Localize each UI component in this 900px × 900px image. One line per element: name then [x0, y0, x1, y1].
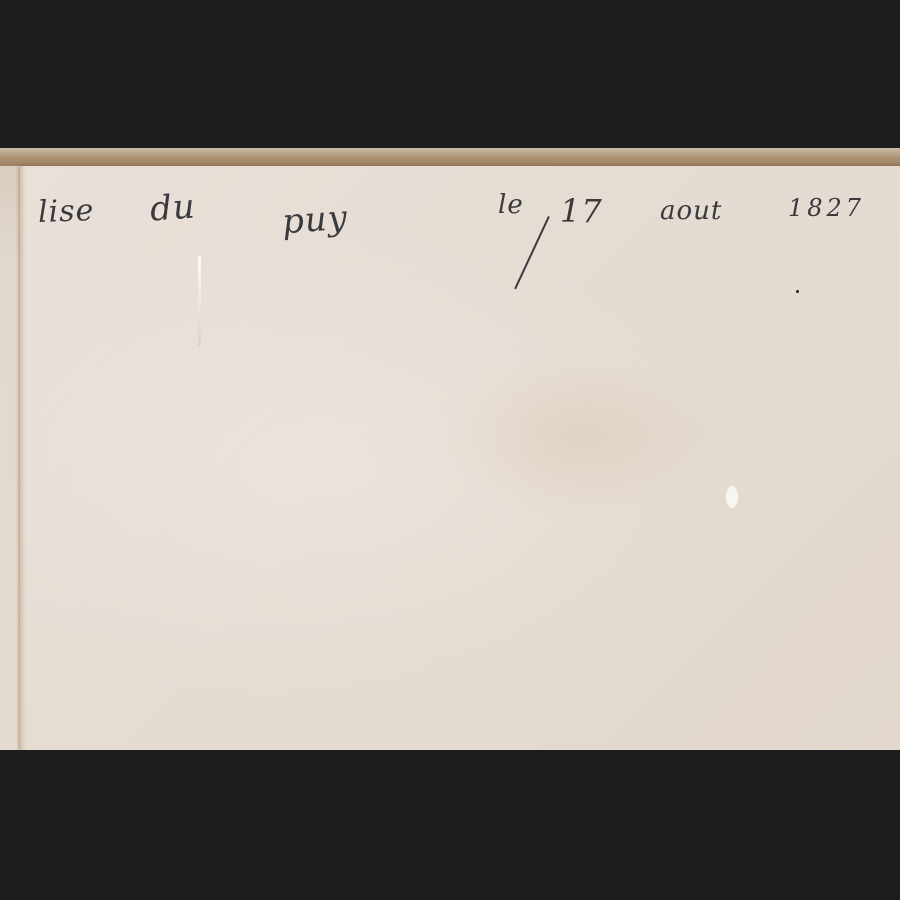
handwriting-stroke [514, 216, 550, 289]
paper-sheet: lise du puy le 17 aout 1827 [20, 166, 900, 750]
handwriting-word-du: du [149, 186, 197, 229]
handwriting-word-lise: lise [37, 193, 95, 230]
top-edge-strip [0, 148, 900, 166]
handwriting-month: aout [660, 196, 722, 226]
letterbox-bottom [0, 750, 900, 900]
handwriting-word-puy: puy [281, 198, 350, 242]
handwriting-year: 1827 [788, 194, 865, 222]
handwriting-word-le: le [498, 190, 524, 220]
paper-photo: lise du puy le 17 aout 1827 [0, 148, 900, 750]
sheet-left-edge [20, 166, 26, 750]
ink-dot [796, 290, 799, 293]
paper-nick [726, 486, 738, 508]
letterbox-top [0, 0, 900, 148]
paper-crease [198, 256, 201, 346]
handwriting-day: 17 [560, 192, 603, 230]
